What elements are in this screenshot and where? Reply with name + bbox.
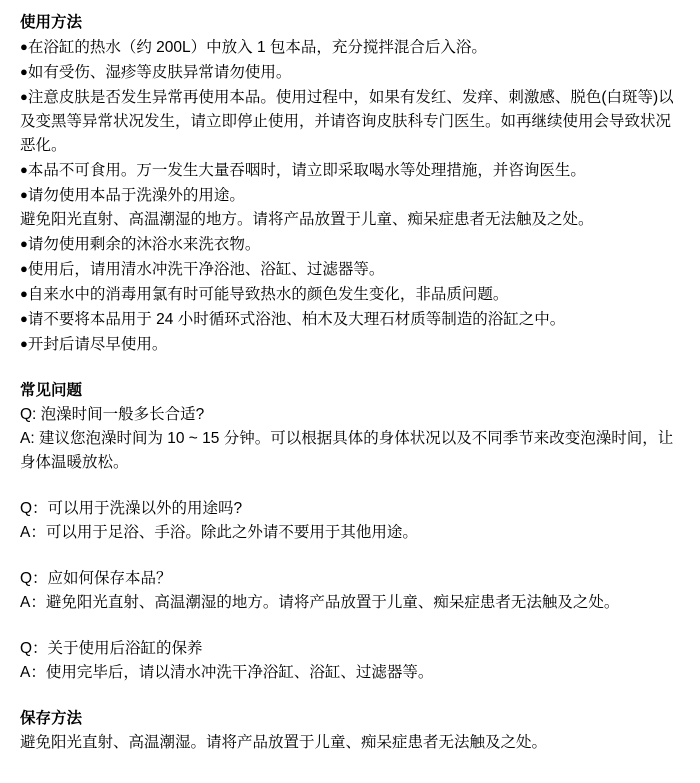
section-usage: 使用方法 ●在浴缸的热水（约 200L）中放入 1 包本品，充分搅拌混合后入浴。… xyxy=(20,11,682,357)
usage-item: ●使用后，请用清水冲洗干净浴池、浴缸、过滤器等。 xyxy=(20,257,682,282)
usage-item-text: 自来水中的消毒用氯有时可能导致热水的颜色发生变化，非品质问题。 xyxy=(28,286,509,303)
usage-item-text: 注意皮肤是否发生异常再使用本品。使用过程中，如果有发红、发痒、刺激感、脱色(白斑… xyxy=(20,89,674,154)
bullet-icon: ● xyxy=(20,85,28,109)
bullet-icon: ● xyxy=(20,158,28,182)
document: 使用方法 ●在浴缸的热水（约 200L）中放入 1 包本品，充分搅拌混合后入浴。… xyxy=(20,11,682,755)
usage-item: ●请勿使用本品于洗澡外的用途。 xyxy=(20,183,682,208)
bullet-icon: ● xyxy=(20,307,28,331)
usage-item: 避免阳光直射、高温潮湿的地方。请将产品放置于儿童、痴呆症患者无法触及之处。 xyxy=(20,208,682,232)
faq-answer: A: 建议您泡澡时间为 10 ~ 15 分钟。可以根据具体的身体状况以及不同季节… xyxy=(20,427,682,475)
usage-item: ●自来水中的消毒用氯有时可能导致热水的颜色发生变化，非品质问题。 xyxy=(20,282,682,307)
bullet-icon: ● xyxy=(20,232,28,256)
usage-item-text: 开封后请尽早使用。 xyxy=(28,336,168,353)
usage-item: ●开封后请尽早使用。 xyxy=(20,332,682,357)
usage-item: ●在浴缸的热水（约 200L）中放入 1 包本品，充分搅拌混合后入浴。 xyxy=(20,35,682,60)
faq-item: Q: 泡澡时间一般多长合适? A: 建议您泡澡时间为 10 ~ 15 分钟。可以… xyxy=(20,403,682,475)
usage-item-text: 使用后，请用清水冲洗干净浴池、浴缸、过滤器等。 xyxy=(28,261,385,278)
usage-item: ●本品不可食用。万一发生大量吞咽时，请立即采取喝水等处理措施，并咨询医生。 xyxy=(20,158,682,183)
usage-item-text: 请不要将本品用于 24 小时循环式浴池、柏木及大理石材质等制造的浴缸之中。 xyxy=(28,311,565,328)
usage-heading: 使用方法 xyxy=(20,11,682,35)
faq-answer: A：使用完毕后，请以清水冲洗干净浴缸、浴缸、过滤器等。 xyxy=(20,661,682,685)
bullet-icon: ● xyxy=(20,332,28,356)
usage-item: ●请不要将本品用于 24 小时循环式浴池、柏木及大理石材质等制造的浴缸之中。 xyxy=(20,307,682,332)
usage-item-text: 请勿使用剩余的沐浴水来洗衣物。 xyxy=(28,236,261,253)
bullet-icon: ● xyxy=(20,257,28,281)
storage-heading: 保存方法 xyxy=(20,707,682,731)
usage-item-text: 请勿使用本品于洗澡外的用途。 xyxy=(28,187,245,204)
faq-item: Q：可以用于洗澡以外的用途吗? A：可以用于足浴、手浴。除此之外请不要用于其他用… xyxy=(20,497,682,545)
usage-item-text: 如有受伤、湿疹等皮肤异常请勿使用。 xyxy=(28,64,292,81)
faq-question: Q：关于使用后浴缸的保养 xyxy=(20,637,682,661)
faq-heading: 常见问题 xyxy=(20,379,682,403)
usage-item-text: 本品不可食用。万一发生大量吞咽时，请立即采取喝水等处理措施，并咨询医生。 xyxy=(28,162,586,179)
section-storage: 保存方法 避免阳光直射、高温潮湿。请将产品放置于儿童、痴呆症患者无法触及之处。 xyxy=(20,707,682,755)
bullet-icon: ● xyxy=(20,183,28,207)
faq-item: Q：关于使用后浴缸的保养 A：使用完毕后，请以清水冲洗干净浴缸、浴缸、过滤器等。 xyxy=(20,637,682,685)
section-faq: 常见问题 Q: 泡澡时间一般多长合适? A: 建议您泡澡时间为 10 ~ 15 … xyxy=(20,379,682,685)
bullet-icon: ● xyxy=(20,282,28,306)
faq-question: Q: 泡澡时间一般多长合适? xyxy=(20,403,682,427)
bullet-icon: ● xyxy=(20,60,28,84)
faq-item: Q：应如何保存本品？ A：避免阳光直射、高温潮湿的地方。请将产品放置于儿童、痴呆… xyxy=(20,567,682,615)
faq-question: Q：可以用于洗澡以外的用途吗? xyxy=(20,497,682,521)
usage-item: ●注意皮肤是否发生异常再使用本品。使用过程中，如果有发红、发痒、刺激感、脱色(白… xyxy=(20,85,682,158)
faq-answer: A：可以用于足浴、手浴。除此之外请不要用于其他用途。 xyxy=(20,521,682,545)
faq-question: Q：应如何保存本品？ xyxy=(20,567,682,591)
usage-item-text: 避免阳光直射、高温潮湿的地方。请将产品放置于儿童、痴呆症患者无法触及之处。 xyxy=(20,211,594,228)
usage-item: ●请勿使用剩余的沐浴水来洗衣物。 xyxy=(20,232,682,257)
bullet-icon: ● xyxy=(20,35,28,59)
usage-item: ●如有受伤、湿疹等皮肤异常请勿使用。 xyxy=(20,60,682,85)
storage-text: 避免阳光直射、高温潮湿。请将产品放置于儿童、痴呆症患者无法触及之处。 xyxy=(20,731,682,755)
usage-item-text: 在浴缸的热水（约 200L）中放入 1 包本品，充分搅拌混合后入浴。 xyxy=(28,39,487,56)
faq-answer: A：避免阳光直射、高温潮湿的地方。请将产品放置于儿童、痴呆症患者无法触及之处。 xyxy=(20,591,682,615)
